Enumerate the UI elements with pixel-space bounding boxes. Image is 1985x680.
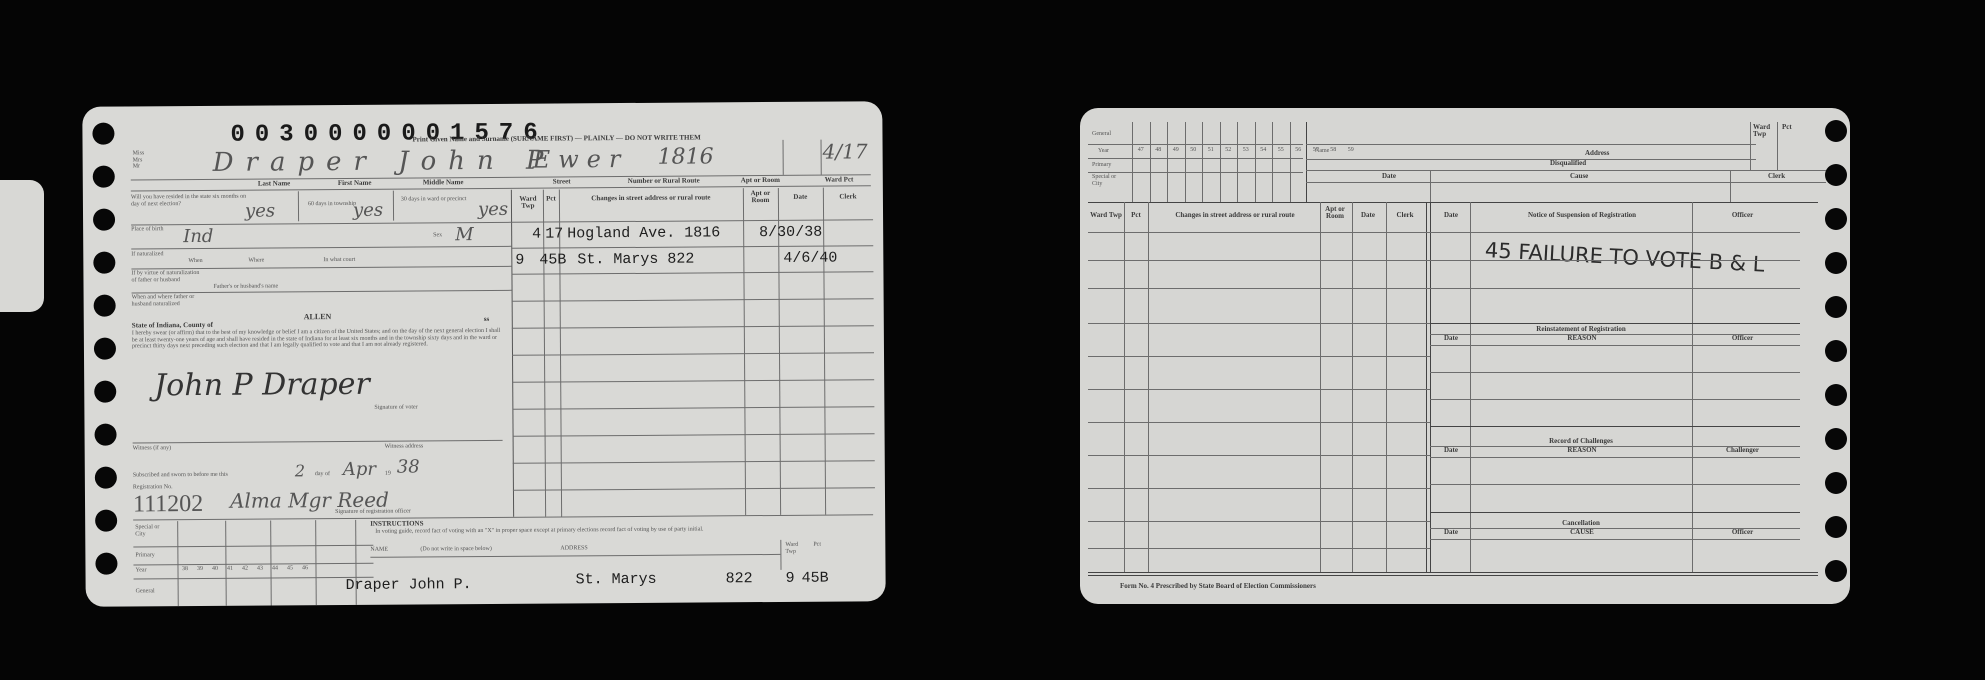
label-street: Street	[553, 178, 571, 185]
punch-hole	[1825, 296, 1847, 318]
label-naturalized: If naturalized	[131, 251, 163, 258]
punch-hole	[1825, 208, 1847, 230]
label-signature: Signature of voter	[374, 404, 417, 411]
q-ward: 30 days in ward or precinct	[401, 196, 471, 203]
label-address: ADDRESS	[560, 545, 587, 552]
oath-ss: ss	[484, 316, 490, 323]
label-name: Name	[1315, 148, 1329, 155]
punch-hole	[1825, 120, 1847, 142]
label-pct: Pct	[1782, 124, 1792, 131]
col-clerk: Clerk	[823, 193, 873, 201]
a-township: yes	[353, 200, 383, 221]
address-changes-table: Ward Twp Pct Changes in street address o…	[82, 101, 882, 107]
registration-number: 111202	[133, 491, 203, 518]
label-place-of-birth: Place of birth	[131, 226, 171, 233]
registration-card-front: 0030000001576 Print Given Name and Surna…	[82, 101, 885, 607]
label-number: Number or Rural Route	[628, 177, 700, 185]
label-witness: Witness (if any)	[133, 445, 171, 452]
footer-street: St. Marys	[576, 571, 657, 589]
adjacent-card-edge	[0, 180, 44, 312]
label-address: Address	[1585, 150, 1609, 157]
label-date: Date	[1382, 173, 1396, 180]
label-last-name: Last Name	[258, 180, 291, 188]
street-handwritten: Ewer	[533, 145, 629, 174]
header-instruction: Print Given Name and Surname (SURNAME FI…	[412, 134, 752, 144]
form-footer: Form No. 4 Prescribed by State Board of …	[1120, 583, 1316, 590]
col-pct: Pct	[543, 195, 559, 202]
label-officer-signature: Signature of registration officer	[335, 509, 411, 516]
label-ward: Ward Twp	[1753, 124, 1773, 139]
label-middle-name: Middle Name	[423, 179, 464, 187]
col-address: Changes in street address or rural route	[561, 194, 741, 203]
label-father-name: Father's or husband's name	[214, 283, 279, 290]
punch-hole	[94, 381, 116, 403]
footer-voter-name: Draper John P.	[346, 576, 472, 594]
q-state-six-months: Will you have resided in the state six m…	[131, 194, 251, 208]
punch-hole	[94, 295, 116, 317]
oath-text: I hereby swear (or affirm) that to the b…	[132, 328, 502, 350]
serial-number: 0030000001576	[230, 120, 547, 149]
sex-value: M	[455, 224, 474, 245]
label-registration-no: Registration No.	[133, 484, 173, 491]
col-ward: Ward Twp	[513, 196, 543, 211]
title-prefixes: Miss Mrs Mr	[133, 150, 155, 170]
subscribed-label: Subscribed and sworn to before me this	[133, 472, 228, 479]
label-ward-pct: Ward Pct	[825, 176, 854, 184]
punch-hole	[1825, 428, 1847, 450]
punch-hole	[1825, 164, 1847, 186]
label-first-name: First Name	[338, 180, 372, 188]
table-row: 4 17 Hogland Ave. 1816 8/30/38	[82, 101, 882, 107]
instructions-text: In voting guide, record fact of voting w…	[375, 526, 775, 535]
county-name: ALLEN	[304, 313, 332, 322]
subscribed-month: Apr	[343, 459, 376, 480]
col-apt: Apt or Room	[743, 190, 778, 205]
table-row: 9 45B St. Marys 822 4/6/40	[82, 101, 882, 107]
punch-hole	[94, 424, 116, 446]
punch-hole	[1825, 560, 1847, 582]
punch-hole	[93, 252, 115, 274]
label-apt: Apt or Room	[741, 177, 780, 185]
a-ward: yes	[478, 199, 508, 220]
punch-hole	[95, 510, 117, 532]
label-virtue: If by virtue of naturalization of father…	[131, 270, 201, 284]
label-do-not-write: (Do not write in space below)	[420, 546, 492, 553]
punch-hole	[1825, 472, 1847, 494]
oath-state-line: State of Indiana, County of	[132, 322, 213, 330]
punch-hole	[1825, 252, 1847, 274]
voter-name-handwritten: Draper John P	[213, 145, 556, 177]
registration-card-back: General Year Primary Special or City 47 …	[1080, 108, 1850, 604]
footer-ward: 9	[786, 570, 795, 587]
punch-hole	[93, 209, 115, 231]
subscribed-year: 38	[397, 456, 420, 477]
ward-pct-handwritten: 4/17	[823, 139, 868, 163]
label-clerk: Clerk	[1768, 173, 1785, 180]
place-of-birth: Ind	[183, 226, 213, 247]
label-court: In what court	[323, 257, 355, 264]
footer-number: 822	[726, 570, 753, 587]
instructions-title: INSTRUCTIONS	[370, 520, 423, 528]
punch-hole	[93, 166, 115, 188]
subscribed-day: 2	[295, 461, 305, 480]
punch-hole	[92, 123, 114, 145]
label-witness-address: Witness address	[385, 443, 424, 450]
punch-hole	[95, 467, 117, 489]
a-state: yes	[245, 200, 275, 221]
footer-pct: 45B	[802, 570, 829, 587]
punch-hole	[1825, 340, 1847, 362]
label-name: NAME	[370, 547, 388, 554]
label-disqualified: Disqualified	[1550, 160, 1586, 167]
label-sex: Sex	[433, 232, 442, 239]
label-ward: Ward Twp	[785, 542, 803, 555]
punch-hole	[95, 553, 117, 575]
label-where: Where	[248, 258, 264, 265]
year-prefix: 19	[385, 471, 391, 478]
label-cause: Cause	[1570, 173, 1588, 180]
label-when-where: When and where father or husband natural…	[132, 294, 212, 308]
label-pct: Pct	[813, 542, 821, 549]
col-date: Date	[778, 194, 823, 202]
voter-signature: John P Draper	[154, 367, 370, 404]
label-when: When	[188, 258, 202, 265]
voting-years: 38 39 40 41 42 43 44 45 46	[177, 565, 312, 573]
label-day-of: day of	[315, 471, 330, 478]
voting-record-grid: Special or City Primary Year General 38 …	[82, 101, 882, 107]
suspension-stamp: 45 FAILURE TO VOTE B & L	[1484, 238, 1765, 277]
house-number-handwritten: 1816	[658, 144, 714, 169]
punch-hole	[94, 338, 116, 360]
q-township: 60 days in township	[308, 201, 358, 208]
punch-hole	[1825, 384, 1847, 406]
punch-hole	[1825, 516, 1847, 538]
